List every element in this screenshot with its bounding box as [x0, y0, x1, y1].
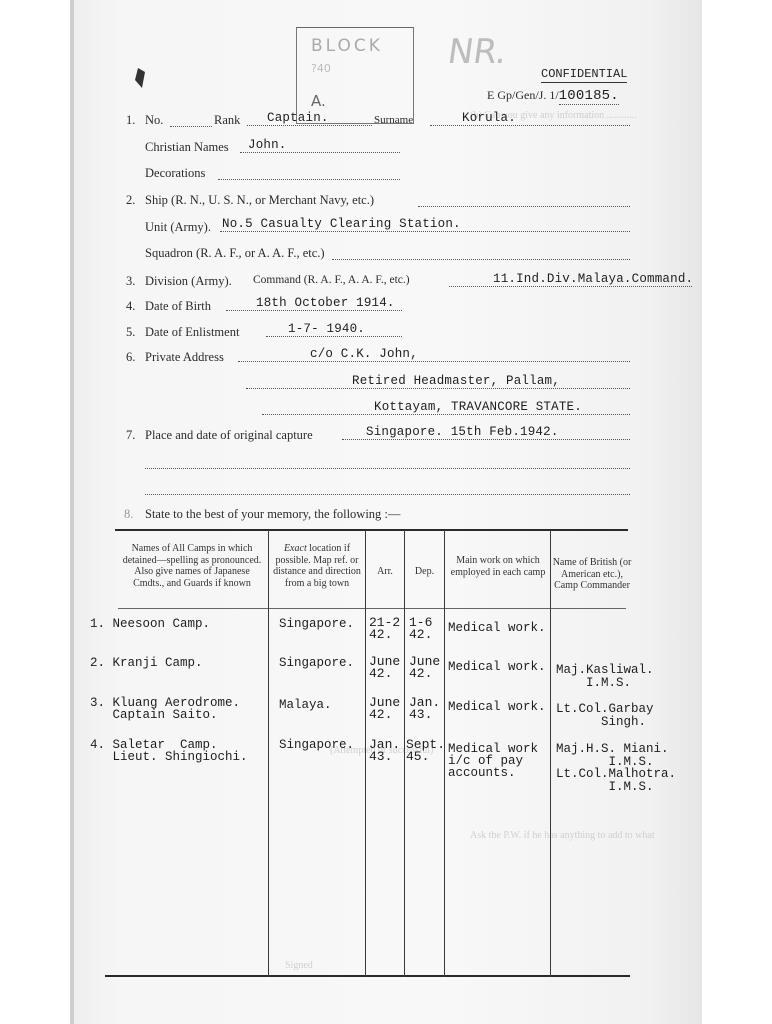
private-address-label: Private Address: [145, 350, 224, 365]
camp-name-cell: 2. Kranji Camp.: [90, 657, 203, 669]
location-cell: Singapore.: [279, 739, 354, 751]
no-label: No.: [145, 113, 163, 128]
decorations-field[interactable]: [218, 166, 400, 180]
commander-cell: Maj.Kasliwal. I.M.S.: [556, 664, 654, 690]
rank-field[interactable]: Captain.: [247, 111, 372, 126]
item-8-number: 8.: [124, 507, 133, 522]
header-location-emphasis: Exact: [284, 543, 307, 554]
date-of-enlistment-label: Date of Enlistment: [145, 325, 239, 340]
main-work-cell: Medical work i/c of pay accounts.: [448, 743, 538, 779]
item-8-label: State to the best of your memory, the fo…: [145, 507, 400, 522]
header-arrival: Arr.: [366, 566, 404, 578]
page-edge: [70, 0, 74, 1024]
item-7-number: 7.: [126, 428, 135, 443]
date-of-birth-label: Date of Birth: [145, 299, 211, 314]
camp-name-cell: 1. Neesoon Camp.: [90, 618, 210, 630]
arrival-cell: June 42.: [369, 656, 400, 680]
capture-field[interactable]: Singapore. 15th Feb.1942.: [342, 425, 630, 440]
header-location: Exact location if possible. Map ref. or …: [271, 543, 363, 589]
commander-cell: Lt.Col.Garbay Singh.: [556, 703, 654, 729]
classification-label: CONFIDENTIAL: [541, 67, 627, 83]
surname-label: Surname: [374, 114, 413, 126]
ship-field[interactable]: [418, 193, 630, 207]
division-command-field[interactable]: 11.Ind.Div.Malaya.Command.: [449, 272, 692, 287]
location-cell: Singapore.: [279, 657, 354, 669]
arrival-cell: June 42.: [369, 697, 400, 721]
location-cell: Malaya.: [279, 699, 332, 711]
camp-name-cell: 3. Kluang Aerodrome. Captain Saito.: [90, 697, 240, 721]
squadron-field[interactable]: [332, 246, 630, 260]
table-column-divider: [404, 530, 405, 977]
squadron-label: Squadron (R. A. F., or A. A. F., etc.): [145, 246, 325, 261]
departure-cell: June 42.: [409, 656, 440, 680]
table-column-divider: [365, 530, 366, 977]
header-main-work: Main work on which employed in each camp: [448, 555, 548, 578]
item-2-number: 2.: [126, 193, 135, 208]
bleed-through-text: Signed: [285, 960, 313, 971]
bleed-through-text: Ask the P.W. if he has anything to add t…: [470, 830, 655, 841]
division-label: Division (Army).: [145, 274, 232, 289]
capture-continuation-field-1[interactable]: [145, 455, 630, 469]
arrival-cell: 21-2 42.: [369, 617, 400, 641]
table-column-divider: [268, 530, 269, 977]
reference-prefix: E Gp/Gen/J. 1/: [487, 88, 559, 102]
reference-value: 100185.: [559, 88, 619, 105]
surname-field[interactable]: Korula.: [430, 111, 630, 126]
capture-label: Place and date of original capture: [145, 428, 313, 443]
main-work-cell: Medical work.: [448, 622, 546, 634]
christian-names-label: Christian Names: [145, 140, 229, 155]
stamp-line-2: ?40: [311, 62, 331, 75]
header-camp-commander: Name of British (or American etc.), Camp…: [552, 557, 632, 592]
main-work-cell: Medical work.: [448, 661, 546, 673]
item-4-number: 4.: [126, 299, 135, 314]
ship-label: Ship (R. N., U. S. N., or Merchant Navy,…: [145, 193, 374, 208]
camp-name-cell: 4. Saletar Camp. Lieut. Shingiochi.: [90, 739, 248, 763]
address-line-1-field[interactable]: c/o C.K. John,: [238, 347, 630, 362]
address-line-2-field[interactable]: Retired Headmaster, Pallam,: [246, 374, 630, 389]
stamp-line-1: BLOCK: [311, 36, 383, 56]
block-stamp: BLOCK ?40 A.: [296, 27, 414, 124]
unit-field[interactable]: No.5 Casualty Clearing Station.: [220, 217, 630, 232]
pencil-annotation: NR.: [445, 32, 509, 72]
header-departure: Dep.: [405, 566, 444, 578]
table-column-divider: [550, 530, 551, 977]
item-6-number: 6.: [126, 350, 135, 365]
reference-number: E Gp/Gen/J. 1/100185.: [487, 88, 619, 104]
capture-continuation-field-2[interactable]: [145, 481, 630, 495]
departure-cell: 1-6 42.: [409, 617, 432, 641]
main-work-cell: Medical work.: [448, 701, 546, 713]
item-1-number: 1.: [126, 113, 135, 128]
header-camps: Names of All Camps in which detained—spe…: [118, 543, 266, 589]
arrival-cell: Jan. 43.: [369, 739, 400, 763]
rank-label: Rank: [214, 113, 240, 128]
unit-label: Unit (Army).: [145, 220, 211, 235]
date-of-birth-field[interactable]: 18th October 1914.: [226, 296, 402, 311]
departure-cell: Sept. 45.: [406, 739, 445, 763]
table-bottom-rule: [105, 975, 630, 977]
christian-names-field[interactable]: John.: [240, 138, 400, 153]
stamp-line-3: A.: [311, 92, 326, 110]
address-line-3-field[interactable]: Kottayam, TRAVANCORE STATE.: [262, 400, 630, 415]
item-5-number: 5.: [126, 325, 135, 340]
command-label: Command (R. A. F., A. A. F., etc.): [253, 274, 410, 286]
commander-cell: Maj.H.S. Miani. I.M.S. Lt.Col.Malhotra. …: [556, 743, 676, 793]
item-3-number: 3.: [126, 274, 135, 289]
date-of-enlistment-field[interactable]: 1-7- 1940.: [266, 322, 402, 337]
decorations-label: Decorations: [145, 166, 205, 181]
no-field[interactable]: [170, 113, 212, 127]
location-cell: Singapore.: [279, 618, 354, 630]
departure-cell: Jan. 43.: [409, 697, 440, 721]
